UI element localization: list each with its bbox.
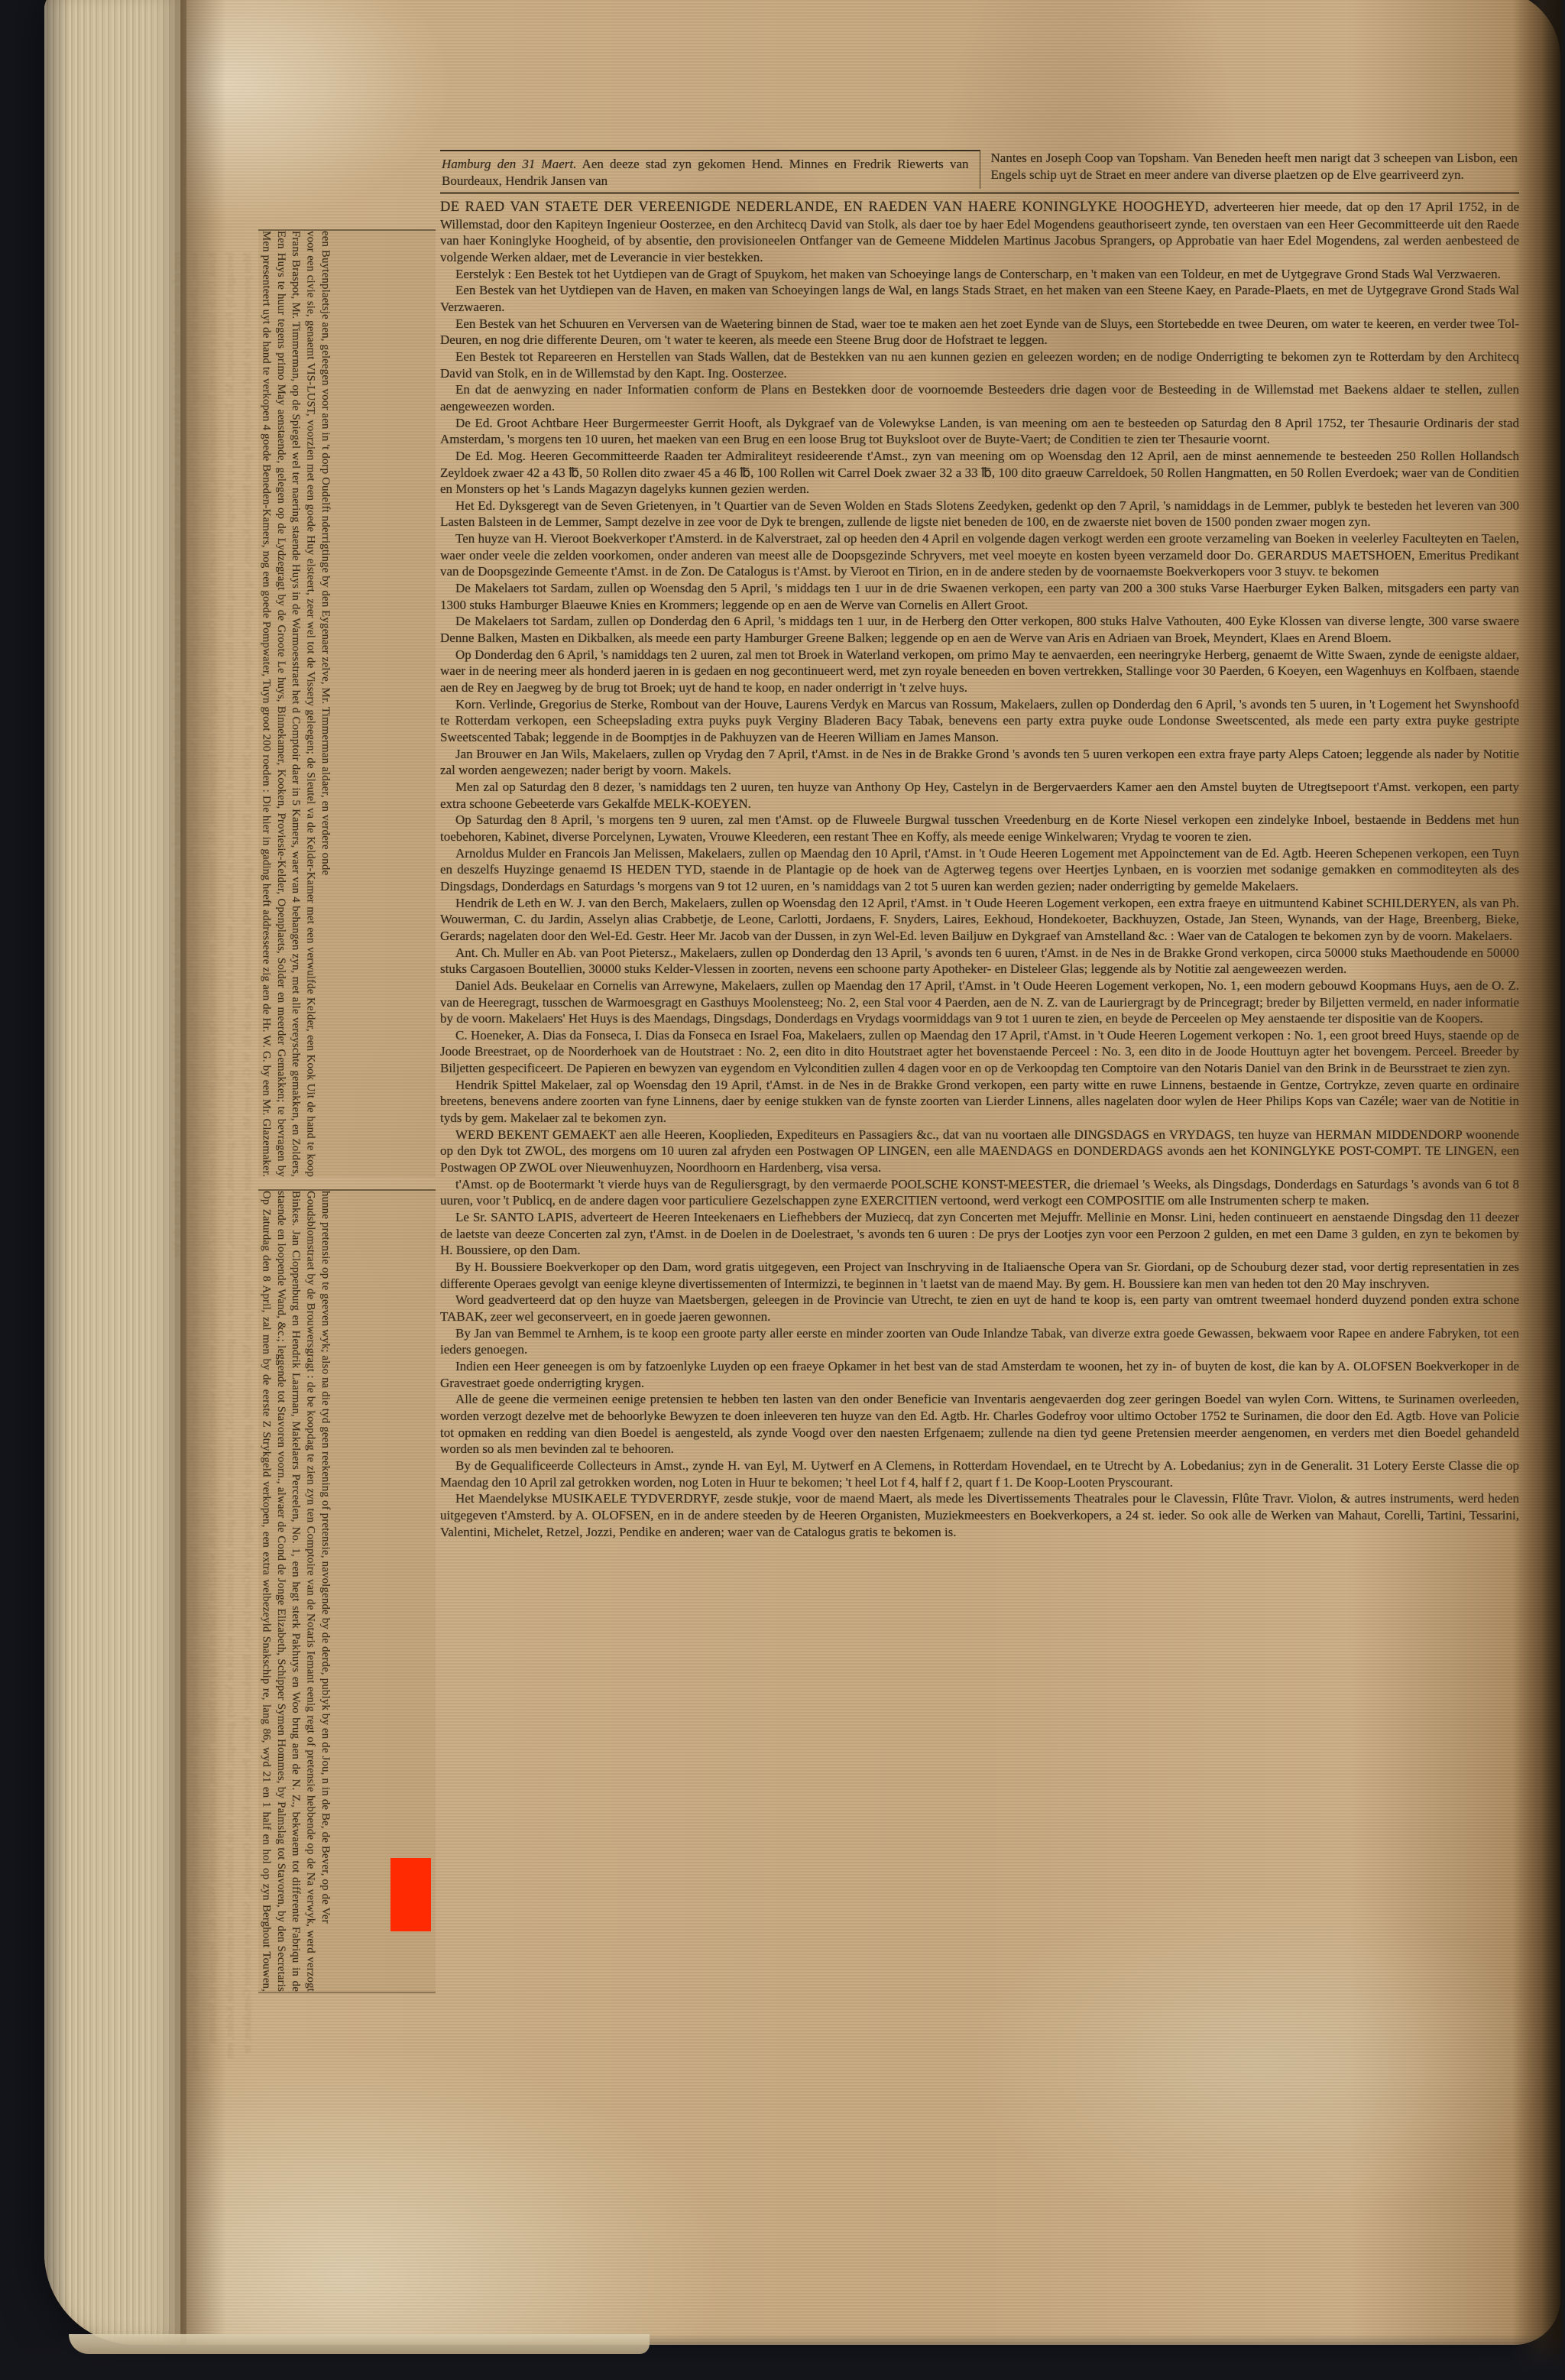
shipping-news-left: Hamburg den 31 Maert. Aen deeze stad zyn… <box>440 150 980 189</box>
body-paragraph: Op Donderdag den 6 April, 's namiddags t… <box>440 647 1519 696</box>
body-paragraph: C. Hoeneker, A. Dias da Fonseca, I. Dias… <box>440 1027 1519 1077</box>
main-text-column: Hamburg den 31 Maert. Aen deeze stad zyn… <box>440 150 1519 1540</box>
body-paragraph: De Ed. Mog. Heeren Gecommitteerde Raaden… <box>440 448 1519 498</box>
body-paragraph: Jan Brouwer en Jan Wils, Makelaers, zull… <box>440 746 1519 779</box>
body-paragraph: By de Gequalificeerde Collecteurs in Ams… <box>440 1458 1519 1490</box>
body-paragraph: En dat de aenwyzing en nader Informatien… <box>440 381 1519 414</box>
body-paragraph: Arnoldus Mulder en Francois Jan Melissen… <box>440 845 1519 895</box>
body-paragraph: Hendrik de Leth en W. J. van den Berch, … <box>440 895 1519 945</box>
body-paragraphs: Eerstelyk : Een Bestek tot het Uytdiepen… <box>440 266 1519 1541</box>
body-paragraph: De Ed. Groot Achtbare Heer Burgermeester… <box>440 415 1519 448</box>
body-paragraph: Een Bestek van het Schuuren en Verversen… <box>440 316 1519 349</box>
margin-slip-upper-text: Men presenteert uyt de hand te verkopen … <box>260 231 332 1177</box>
body-paragraph: Indien een Heer geneegen is om by fatzoe… <box>440 1358 1519 1391</box>
body-paragraph: Eerstelyk : Een Bestek tot het Uytdiepen… <box>440 266 1519 283</box>
opening-heading: DE RAED VAN STAETE DER VEREENIGDE NEDERL… <box>440 199 1209 215</box>
body-paragraph: Men zal op Saturdag den 8 dezer, 's nami… <box>440 779 1519 812</box>
opening-paragraph: DE RAED VAN STAETE DER VEREENIGDE NEDERL… <box>440 199 1519 266</box>
body-paragraph: WERD BEKENT GEMAEKT aen alle Heeren, Koo… <box>440 1127 1519 1176</box>
body-paragraph: De Makelaers tot Sardam, zullen op Woens… <box>440 580 1519 613</box>
body-paragraph: Een Bestek tot Repareeren en Herstellen … <box>440 349 1519 381</box>
page-right-edge-curl <box>1512 0 1565 2380</box>
verso-showthrough-text: Men presenteert uyt de hand te verkopen … <box>128 252 257 2071</box>
body-paragraph: Daniel Ads. Beukelaar en Cornelis van Ar… <box>440 978 1519 1027</box>
margin-slip-lower-text: Op Zaturdag den 8 April, zal men by de e… <box>260 1191 332 1992</box>
margin-slip-upper: Men presenteert uyt de hand te verkopen … <box>258 229 436 1177</box>
body-paragraph: Ten huyze van H. Vieroot Boekverkoper t'… <box>440 530 1519 580</box>
body-paragraph: De Makelaers tot Sardam, zullen op Donde… <box>440 613 1519 646</box>
body-paragraph: By Jan van Bemmel te Arnhem, is te koop … <box>440 1325 1519 1358</box>
body-paragraph: Het Maendelykse MUSIKAELE TYDVERDRYF, ze… <box>440 1490 1519 1540</box>
shipping-news-right: Nantes en Joseph Coop van Topsham. Van B… <box>980 150 1520 189</box>
body-paragraph: t'Amst. op de Bootermarkt 't vierde huys… <box>440 1176 1519 1209</box>
advertisements-body: DE RAED VAN STAETE DER VEREENIGDE NEDERL… <box>440 199 1519 1540</box>
body-paragraph: Le Sr. SANTO LAPIS, adverteert de Heeren… <box>440 1209 1519 1259</box>
underlying-page-edge <box>69 2334 650 2354</box>
body-paragraph: Hendrik Spittel Makelaer, zal op Woensda… <box>440 1077 1519 1127</box>
shipping-news-header: Hamburg den 31 Maert. Aen deeze stad zyn… <box>440 150 1519 194</box>
dateline: Hamburg den 31 Maert. <box>442 157 576 171</box>
body-paragraph: Alle de geene die vermeinen eenige prete… <box>440 1391 1519 1458</box>
body-paragraph: Korn. Verlinde, Gregorius de Sterke, Rom… <box>440 696 1519 746</box>
body-paragraph: By H. Boussiere Boekverkoper op den Dam,… <box>440 1259 1519 1292</box>
body-paragraph: Word geadverteerd dat op den huyze van M… <box>440 1292 1519 1325</box>
body-paragraph: Ant. Ch. Muller en Ab. van Poot Pietersz… <box>440 945 1519 978</box>
body-paragraph: Op Saturdag den 8 April, 's morgens ten … <box>440 812 1519 845</box>
red-annotation-marker <box>390 1858 431 1931</box>
body-paragraph: Het Ed. Dyksgeregt van de Seven Grieteny… <box>440 498 1519 530</box>
body-paragraph: Een Bestek van het Uytdiepen van de Have… <box>440 282 1519 315</box>
